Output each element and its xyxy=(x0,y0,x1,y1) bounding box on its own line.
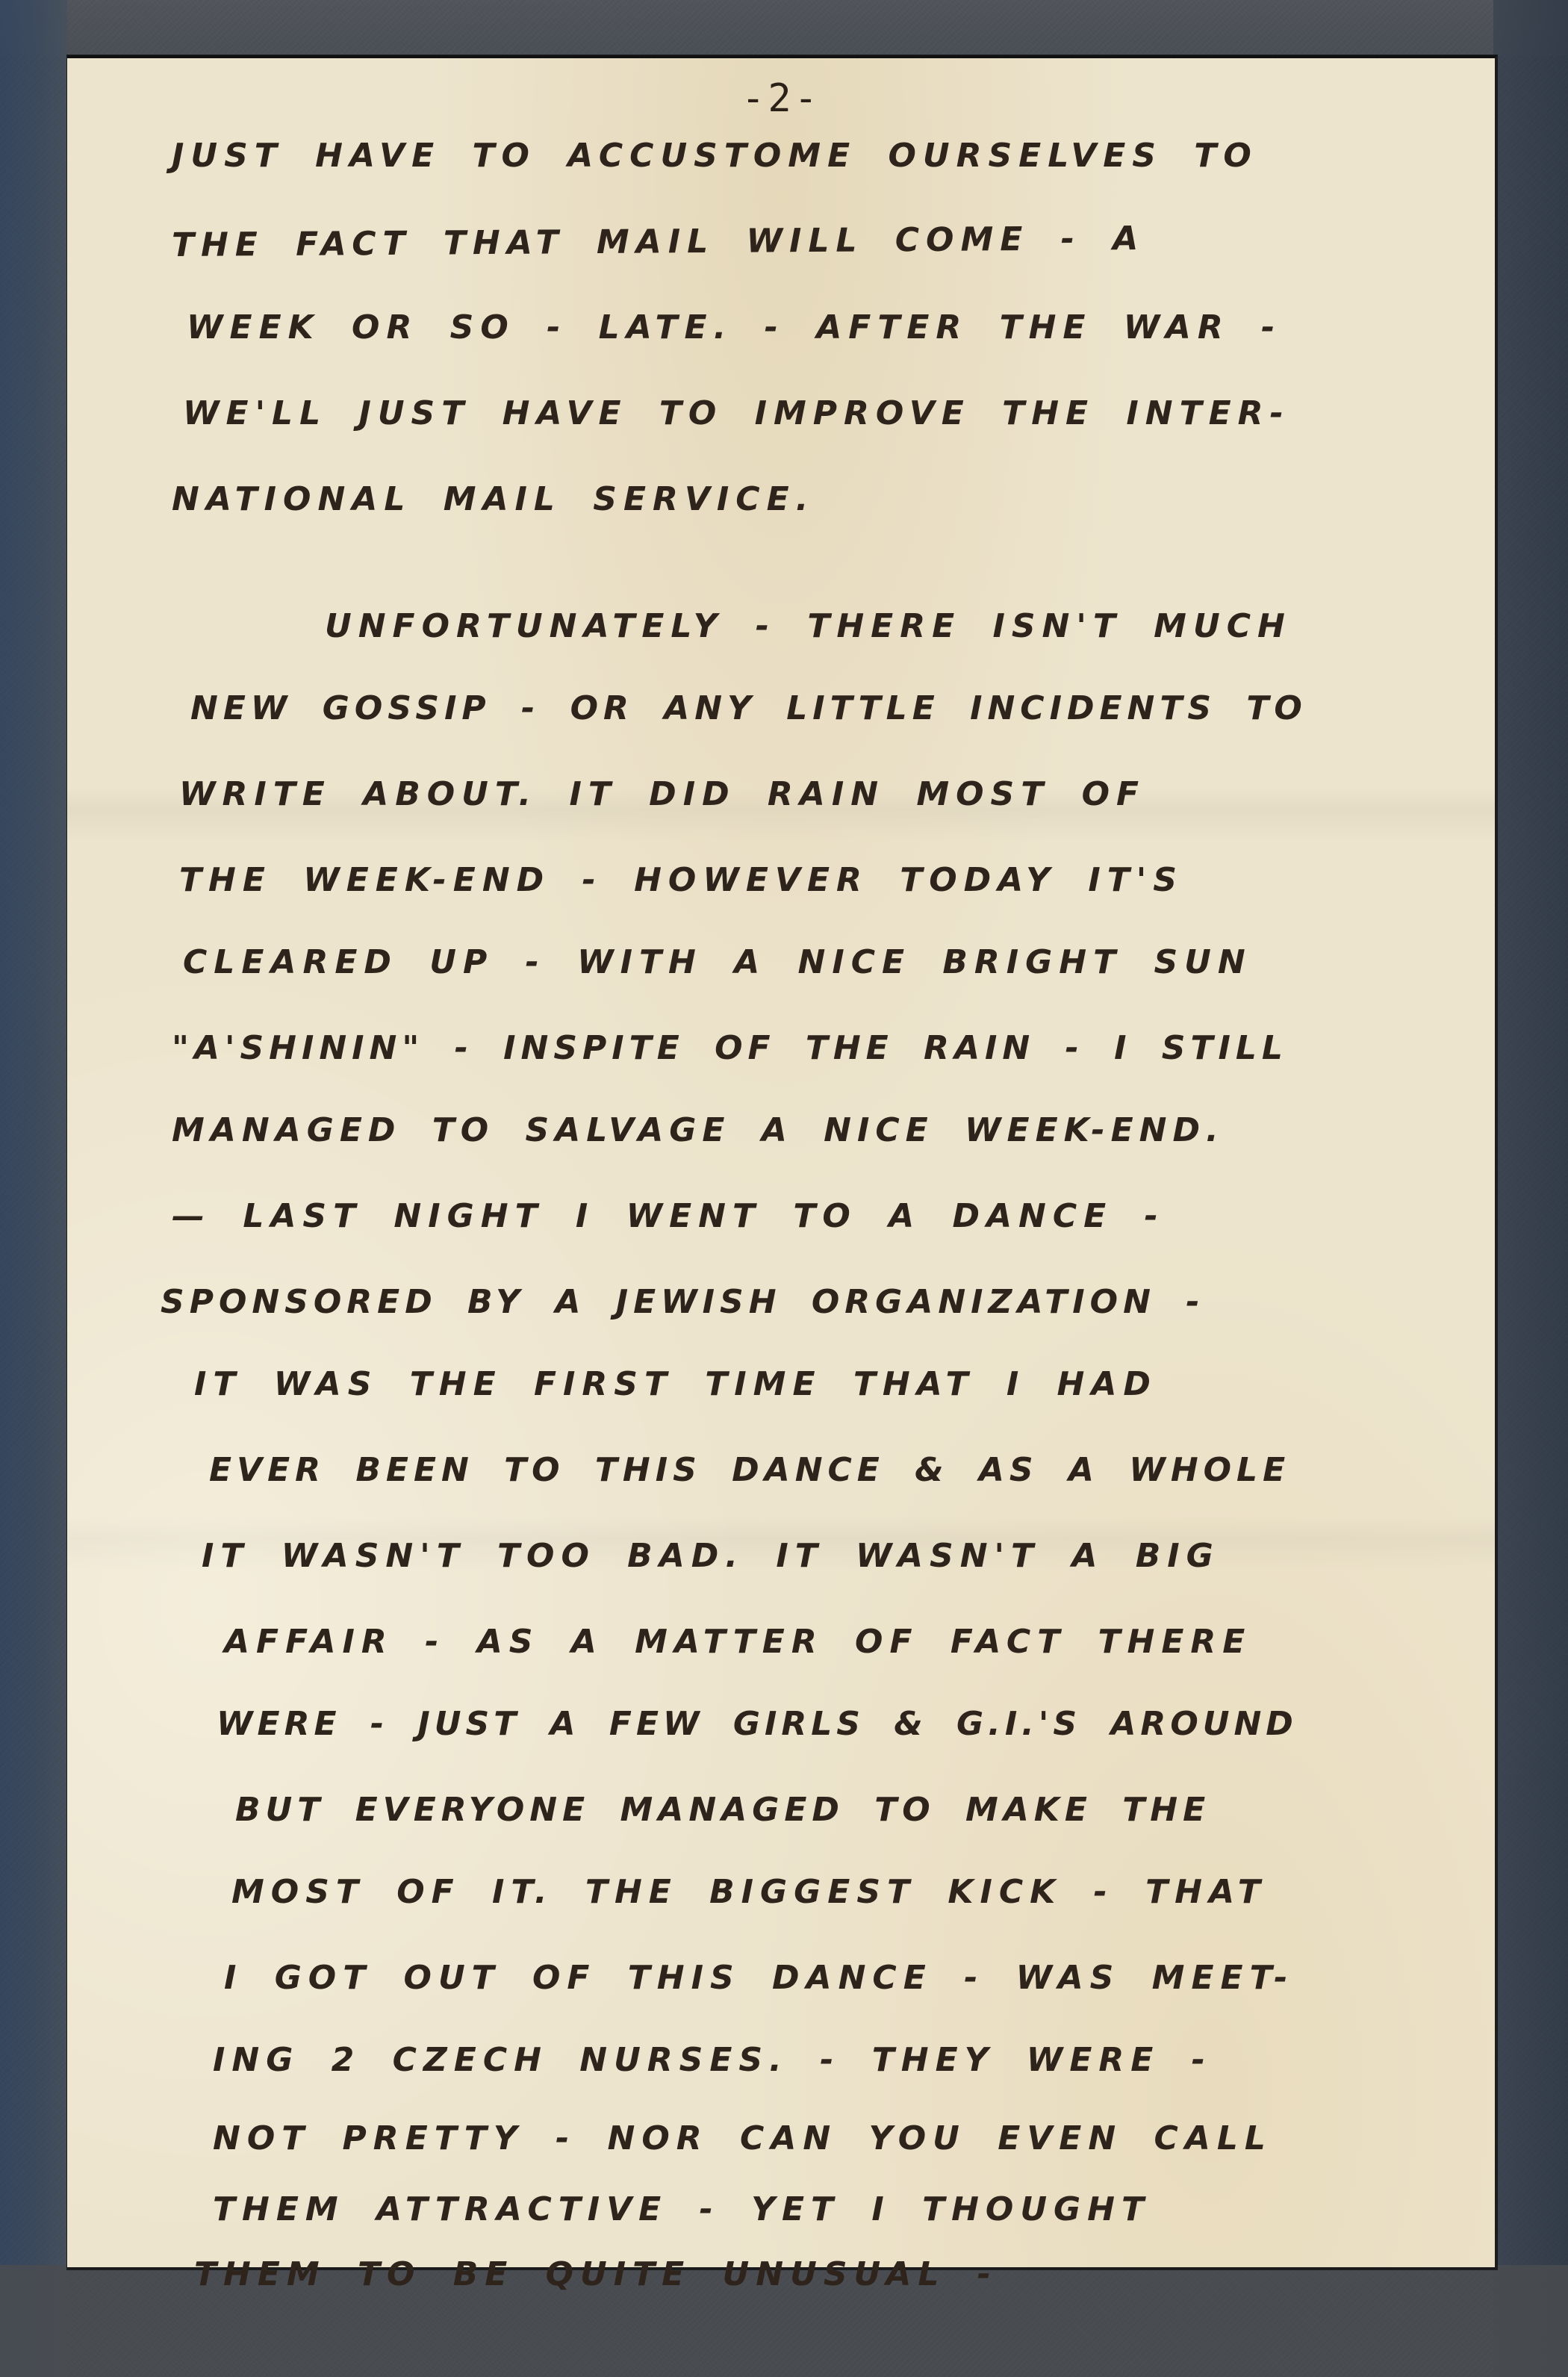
letter-line: ing 2 Czech nurses. - They were - xyxy=(213,2041,1212,2079)
letter-page: -2- Just have to accustome ourselves to … xyxy=(67,55,1497,2269)
letter-line: managed to salvage a nice week-end. xyxy=(172,1111,1225,1149)
letter-line: — Last night I went to a dance - xyxy=(172,1197,1165,1235)
letter-line: week or so - late. - After the war - xyxy=(187,308,1281,347)
mat-background-right xyxy=(1493,0,1568,2377)
mat-background-top xyxy=(0,0,1568,55)
page-number: -2- xyxy=(67,76,1495,121)
letter-line: the week-end - however today it's xyxy=(179,861,1183,899)
letter-line: national mail service. xyxy=(172,480,815,518)
letter-line: but everyone managed to make the xyxy=(235,1791,1210,1829)
letter-line: we'll just have to improve the inter- xyxy=(183,394,1290,432)
letter-line: it was the first time that I had xyxy=(194,1365,1157,1403)
letter-line: cleared up - with a nice bright sun xyxy=(183,943,1252,981)
letter-line: new gossip - or any little incidents to xyxy=(190,689,1307,727)
letter-line: affair - as a matter of fact there xyxy=(224,1623,1251,1661)
letter-line: most of it. The biggest kick - that xyxy=(231,1873,1267,1911)
letter-line: sponsored by a Jewish organization - xyxy=(161,1283,1204,1321)
letter-line: Unfortunately - there isn't much xyxy=(325,607,1292,645)
letter-line: not pretty - nor can you even call xyxy=(213,2119,1272,2157)
letter-line: were - just a few girls & G.I.'s around xyxy=(217,1705,1298,1743)
letter-line: ever been to this dance & as a whole xyxy=(209,1451,1290,1489)
letter-line: I got out of this dance - was meet- xyxy=(224,1959,1294,1997)
mat-background-left xyxy=(0,0,67,2377)
letter-line: it wasn't too bad. It wasn't a big xyxy=(202,1537,1220,1575)
letter-line: write about. It did rain most of xyxy=(179,775,1145,813)
letter-line: them to be quite unusual - xyxy=(194,2255,998,2293)
letter-line: them attractive - yet I thought xyxy=(213,2190,1151,2228)
letter-line: "A'shinin" - Inspite of the rain - I sti… xyxy=(172,1029,1288,1067)
letter-line: the fact that mail will come - a xyxy=(172,220,1145,264)
letter-line: Just have to accustome ourselves to xyxy=(172,137,1258,175)
